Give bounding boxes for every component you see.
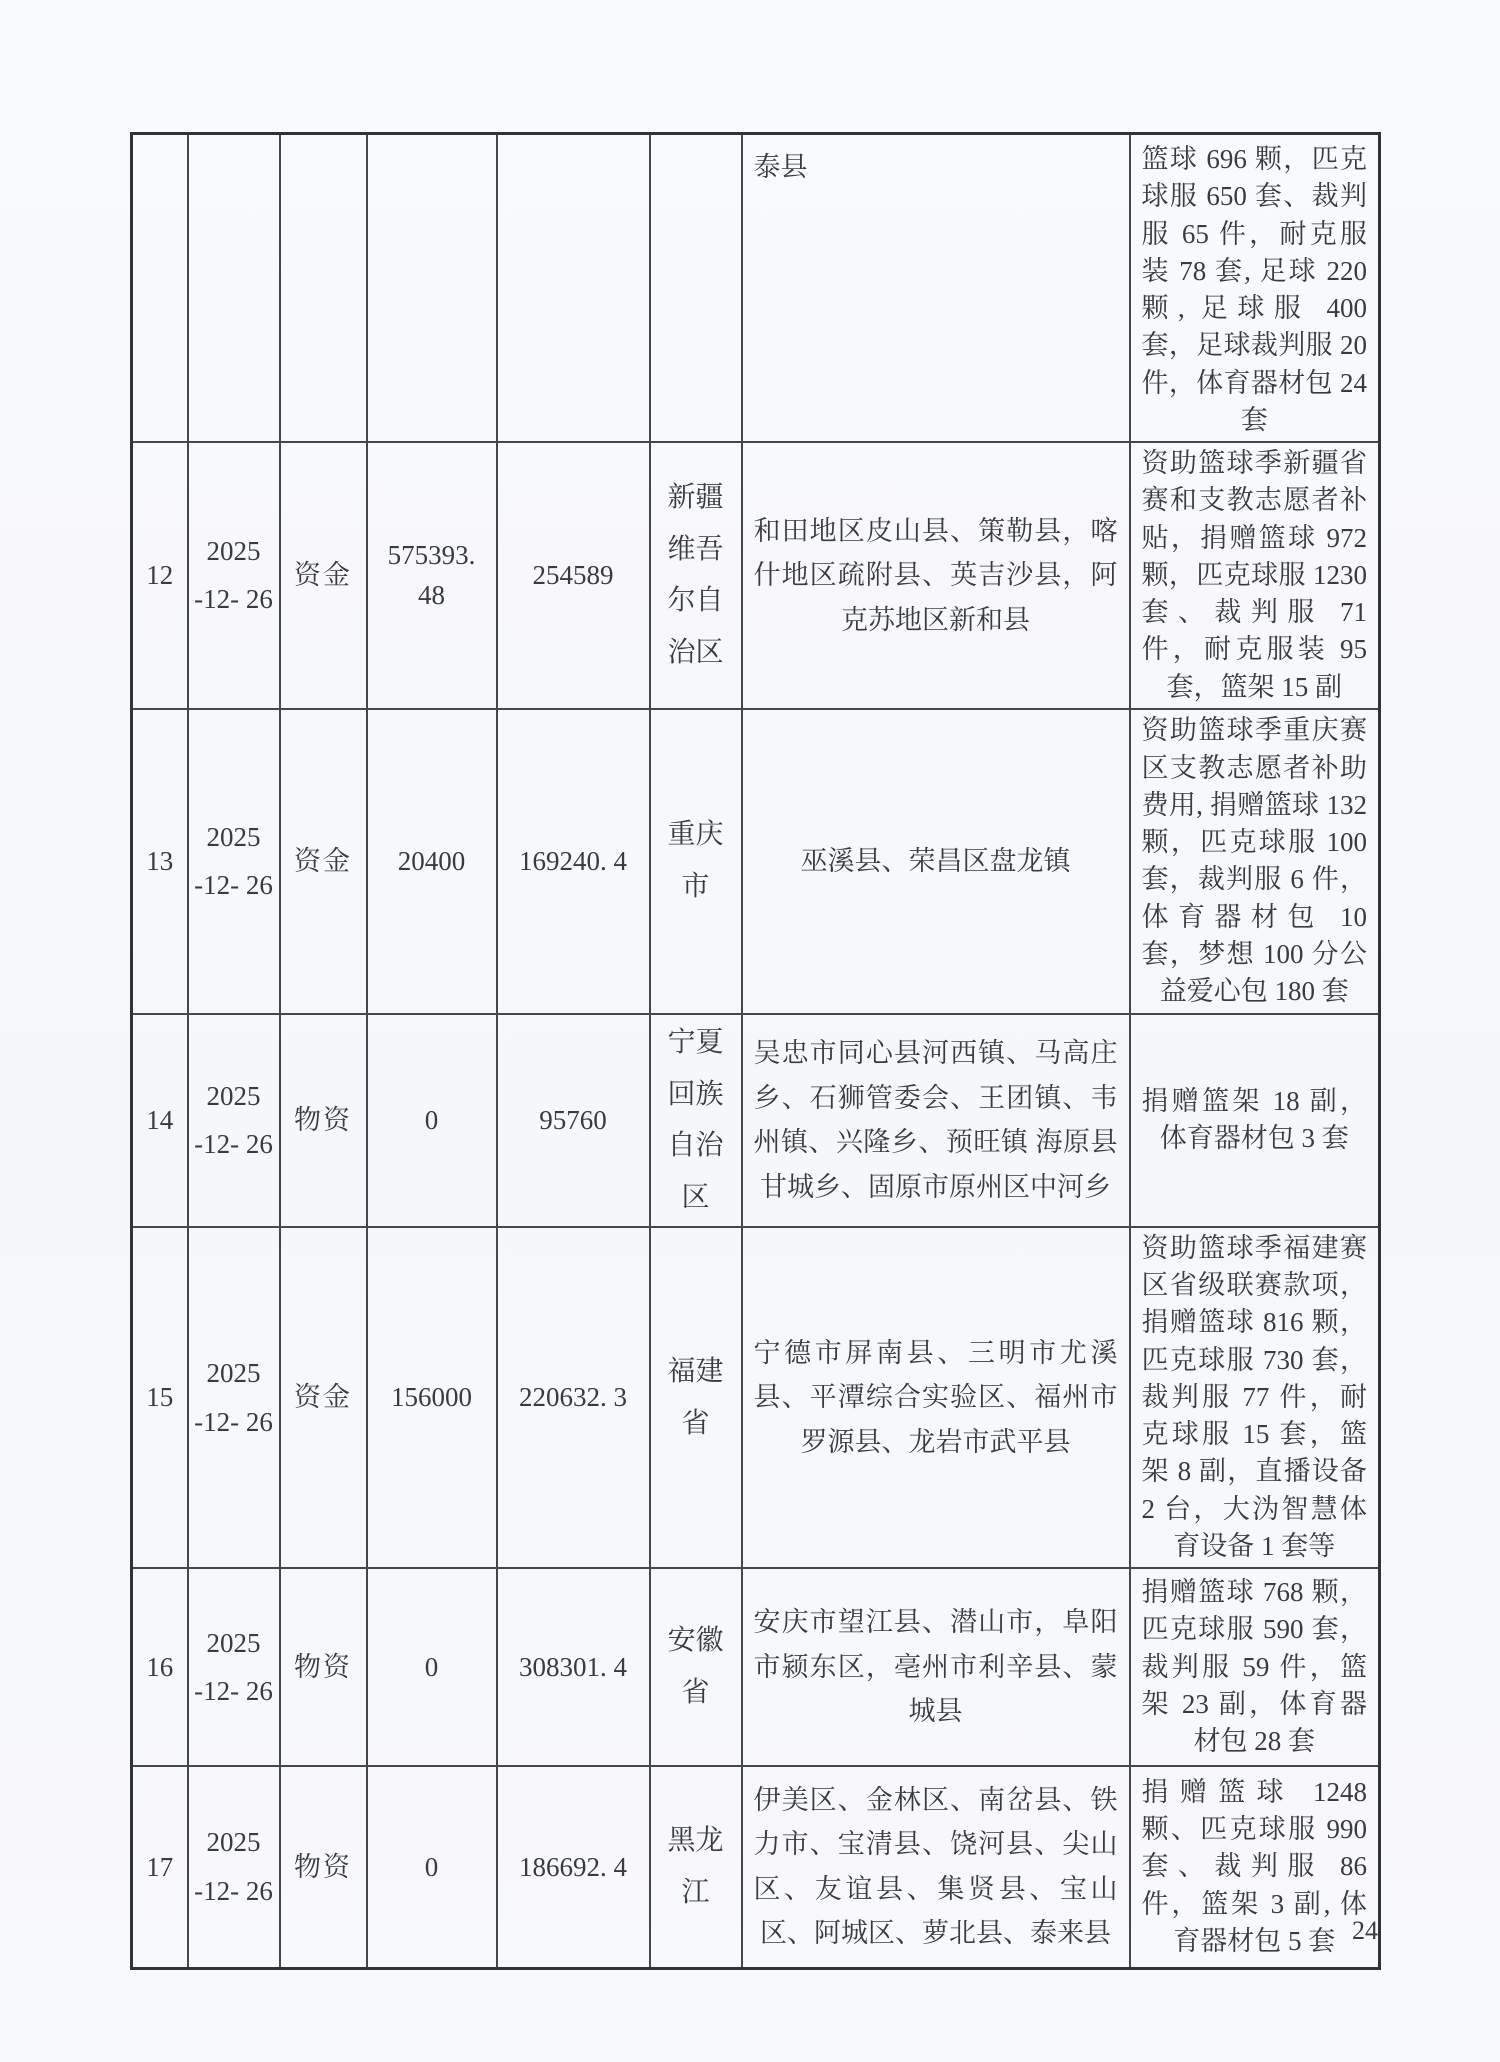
- cell-locations: 宁德市屏南县、三明市尤溪县、平潭综合实验区、福州市罗源县、龙岩市武平县: [742, 1227, 1130, 1568]
- cell-province: [650, 134, 742, 443]
- cell-description: 捐赠篮架 18 副，体育器材包 3 套: [1130, 1014, 1380, 1227]
- cell-locations: 泰县: [742, 134, 1130, 443]
- cell-province: 福建省: [650, 1227, 742, 1568]
- cell-row-index: 12: [132, 442, 188, 709]
- cell-locations: 吴忠市同心县河西镇、马高庄乡、石狮管委会、王团镇、韦州镇、兴隆乡、预旺镇 海原县…: [742, 1014, 1130, 1227]
- scanned-page: 泰县 篮球 696 颗，匹克球服 650 套、裁判服 65 件，耐克服装 78 …: [0, 0, 1500, 2062]
- cell-description: 篮球 696 颗，匹克球服 650 套、裁判服 65 件，耐克服装 78 套, …: [1130, 134, 1380, 443]
- cell-date: 2025 -12- 26: [188, 442, 280, 709]
- table-row: 14 2025 -12- 26 物资 0 95760 宁夏回族自治区 吴忠市同心…: [132, 1014, 1380, 1227]
- cell-amount-1: 575393. 48: [367, 442, 497, 709]
- cell-amount-1: 156000: [367, 1227, 497, 1568]
- cell-amount-2: 308301. 4: [497, 1568, 650, 1766]
- cell-amount-1: 0: [367, 1766, 497, 1968]
- cell-amount-2: 186692. 4: [497, 1766, 650, 1968]
- cell-province: 新疆维吾尔自治区: [650, 442, 742, 709]
- cell-province: 黑龙江: [650, 1766, 742, 1968]
- cell-amount-1: 20400: [367, 709, 497, 1014]
- table-row: 12 2025 -12- 26 资金 575393. 48 254589 新疆维…: [132, 442, 1380, 709]
- cell-type: 资金: [280, 442, 367, 709]
- cell-row-index: 16: [132, 1568, 188, 1766]
- cell-date: 2025 -12- 26: [188, 1568, 280, 1766]
- cell-date: 2025 -12- 26: [188, 1766, 280, 1968]
- cell-locations: 伊美区、金林区、南岔县、铁力市、宝清县、饶河县、尖山区、友谊县、集贤县、宝山区、…: [742, 1766, 1130, 1968]
- cell-province: 安徽省: [650, 1568, 742, 1766]
- cell-description: 资助篮球季重庆赛区支教志愿者补助费用, 捐赠篮球 132 颗，匹克球服 100 …: [1130, 709, 1380, 1014]
- cell-row-index: 13: [132, 709, 188, 1014]
- cell-province: 宁夏回族自治区: [650, 1014, 742, 1227]
- cell-type: 资金: [280, 709, 367, 1014]
- cell-description: 捐赠篮球 768 颗，匹克球服 590 套，裁判服 59 件，篮架 23 副，体…: [1130, 1568, 1380, 1766]
- cell-type: 物资: [280, 1568, 367, 1766]
- cell-date: 2025 -12- 26: [188, 1014, 280, 1227]
- cell-amount-1: [367, 134, 497, 443]
- donation-table: 泰县 篮球 696 颗，匹克球服 650 套、裁判服 65 件，耐克服装 78 …: [130, 132, 1381, 1970]
- table-row: 17 2025 -12- 26 物资 0 186692. 4 黑龙江 伊美区、金…: [132, 1766, 1380, 1968]
- cell-date: 2025 -12- 26: [188, 1227, 280, 1568]
- cell-type: 物资: [280, 1766, 367, 1968]
- cell-row-index: 15: [132, 1227, 188, 1568]
- cell-type: 物资: [280, 1014, 367, 1227]
- cell-row-index: [132, 134, 188, 443]
- table-row: 15 2025 -12- 26 资金 156000 220632. 3 福建省 …: [132, 1227, 1380, 1568]
- cell-description: 资助篮球季福建赛区省级联赛款项，捐赠篮球 816 颗，匹克球服 730 套，裁判…: [1130, 1227, 1380, 1568]
- cell-date: [188, 134, 280, 443]
- table-row: 13 2025 -12- 26 资金 20400 169240. 4 重庆市 巫…: [132, 709, 1380, 1014]
- cell-locations: 巫溪县、荣昌区盘龙镇: [742, 709, 1130, 1014]
- cell-amount-2: 220632. 3: [497, 1227, 650, 1568]
- cell-description: 资助篮球季新疆省赛和支教志愿者补贴，捐赠篮球 972 颗，匹克球服 1230 套…: [1130, 442, 1380, 709]
- cell-locations: 安庆市望江县、潜山市，阜阳市颍东区，亳州市利辛县、蒙城县: [742, 1568, 1130, 1766]
- cell-row-index: 14: [132, 1014, 188, 1227]
- cell-locations: 和田地区皮山县、策勒县，喀什地区疏附县、英吉沙县，阿克苏地区新和县: [742, 442, 1130, 709]
- table-row: 16 2025 -12- 26 物资 0 308301. 4 安徽省 安庆市望江…: [132, 1568, 1380, 1766]
- cell-row-index: 17: [132, 1766, 188, 1968]
- table-row: 泰县 篮球 696 颗，匹克球服 650 套、裁判服 65 件，耐克服装 78 …: [132, 134, 1380, 443]
- cell-amount-2: 95760: [497, 1014, 650, 1227]
- cell-province: 重庆市: [650, 709, 742, 1014]
- cell-amount-2: [497, 134, 650, 443]
- cell-type: 资金: [280, 1227, 367, 1568]
- cell-amount-2: 169240. 4: [497, 709, 650, 1014]
- cell-amount-2: 254589: [497, 442, 650, 709]
- cell-amount-1: 0: [367, 1014, 497, 1227]
- page-number: 24: [1352, 1916, 1378, 1946]
- cell-type: [280, 134, 367, 443]
- cell-description: 捐赠篮球 1248 颗、匹克球服 990 套、裁判服 86 件，篮架 3 副, …: [1130, 1766, 1380, 1968]
- cell-date: 2025 -12- 26: [188, 709, 280, 1014]
- cell-amount-1: 0: [367, 1568, 497, 1766]
